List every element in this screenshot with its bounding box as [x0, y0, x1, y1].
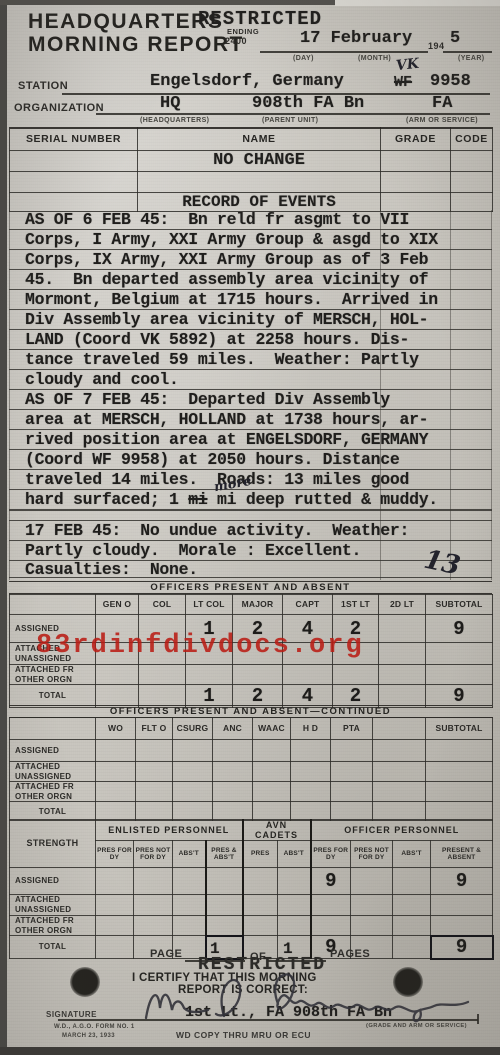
form-date: MARCH 23, 1933 [62, 1033, 115, 1039]
event-text: rived position area at ENGELSDORF, GERMA… [9, 430, 492, 450]
event-blank-separator [9, 510, 492, 521]
event-line: area at MERSCH, HOLLAND at 1738 hours, a… [9, 410, 492, 430]
strength-row-label: ATTACHED FR OTHER ORGN [10, 916, 96, 936]
event-text: Corps, IX Army, XXI Army Group as of 3 F… [9, 250, 492, 270]
strength-empty-cell [173, 916, 206, 936]
officers-cont-empty-cell [331, 762, 373, 782]
event-text: AS OF 7 FEB 45: Departed Div Assembly [9, 390, 492, 410]
strength-total-value: 9 [431, 936, 493, 959]
day-caption: (DAY) [293, 55, 314, 62]
event-line: tance traveled 59 miles. Weather: Partly [9, 350, 492, 370]
event-line: LAND (Coord VK 5892) at 2258 hours. Dis- [9, 330, 492, 350]
strength-empty-cell [278, 895, 311, 916]
ending-label: ENDING [227, 27, 259, 36]
officers-cont-empty-cell [331, 782, 373, 802]
event-line: 17 FEB 45: No undue activity. Weather: [9, 521, 492, 541]
event-line: Casualties: None. [9, 561, 492, 578]
strength-assigned-value [173, 868, 206, 895]
officers-cont-empty-cell [136, 782, 173, 802]
officers-cont-empty-cell [253, 740, 291, 762]
station-handwritten-correction: VK [395, 56, 420, 74]
strength-empty-cell [393, 895, 431, 916]
event-line: AS OF 7 FEB 45: Departed Div Assembly [9, 390, 492, 410]
officers-cont-empty-cell [173, 762, 213, 782]
roster-table: SERIAL NUMBER NAME GRADE CODE NO CHANGE … [9, 127, 493, 212]
strength-total-value [96, 936, 134, 959]
roster-blank-cell [381, 171, 451, 192]
roster-col-serial: SERIAL NUMBER [10, 128, 138, 150]
scan-edge-top [0, 0, 335, 5]
officers-empty-cell [283, 665, 333, 685]
officers-cont-col-header: ANC [213, 718, 253, 740]
page-label: PAGE [150, 948, 182, 960]
event-line: Div Assembly area vicinity of MERSCH, HO… [9, 310, 492, 330]
event-line: (Coord WF 9958) at 2050 hours. Distance [9, 450, 492, 470]
officers-empty-cell [379, 665, 426, 685]
officers-empty-cell [426, 643, 493, 665]
month-caption: (MONTH) [358, 55, 391, 62]
officers-cont-col-header: CSURG [173, 718, 213, 740]
strength-table: STRENGTH ENLISTED PERSONNEL AVN CADETS O… [9, 819, 493, 959]
strength-assigned-value [206, 868, 243, 895]
signature-handwriting [128, 962, 488, 1034]
website-watermark: 83rdinfdivdocs.org [36, 631, 364, 661]
officers-cont-empty-cell [96, 782, 136, 802]
strength-empty-cell [431, 895, 493, 916]
officers-col-header: MAJOR [233, 595, 283, 615]
officers-cont-empty-cell [426, 782, 493, 802]
roster-grade-cell [381, 150, 451, 171]
strength-row-label: ATTACHED UNASSIGNED [10, 895, 96, 916]
station-coord: 9958 [430, 72, 471, 91]
officers-col-header: 2D LT [379, 595, 426, 615]
officers-cont-empty-cell [291, 740, 331, 762]
roads-post: mi deep rutted & muddy. [207, 490, 437, 509]
officers-col-header: GEN O [96, 595, 139, 615]
event-line: cloudy and cool. [9, 370, 492, 390]
officers-cont-col-header: PTA [331, 718, 373, 740]
event-line-roads: hard surfaced; 1 mi mi deep rutted & mud… [9, 490, 492, 510]
events-title-left-cell [10, 192, 138, 211]
officers-cont-empty-cell [291, 782, 331, 802]
strength-empty-cell [96, 895, 134, 916]
officers-cont-corner-cell [10, 718, 96, 740]
roster-col-name: NAME [138, 128, 381, 150]
officers-cont-row-label: ATTACHED FR OTHER ORGN [10, 782, 96, 802]
strength-empty-cell [96, 916, 134, 936]
strength-subcol-header: PRES & ABS'T [206, 841, 243, 868]
hq-caption: (HEADQUARTERS) [140, 117, 209, 124]
event-text: tance traveled 59 miles. Weather: Partly [9, 350, 492, 370]
officers-cont-col-header: H D [291, 718, 331, 740]
year-underline [443, 51, 492, 53]
strength-subcol-header: ABS'T [278, 841, 311, 868]
scan-edge-bottom [0, 1047, 500, 1055]
organization-label: ORGANIZATION [14, 102, 104, 114]
date-underline [260, 51, 428, 53]
event-text: Mormont, Belgium at 1715 hours. Arrived … [9, 290, 492, 310]
strength-empty-cell [278, 916, 311, 936]
organization-hq: HQ [160, 94, 180, 113]
strength-empty-cell [393, 916, 431, 936]
event-text: LAND (Coord VK 5892) at 2258 hours. Dis- [9, 330, 492, 350]
year-caption: (YEAR) [458, 55, 485, 62]
event-text: Casualties: None. [9, 561, 492, 578]
officers-col-header: COL [139, 595, 186, 615]
form-title-line2: MORNING REPORT [28, 33, 244, 57]
strength-assigned-value [243, 868, 278, 895]
form-id: W.D., A.G.O. FORM NO. 1 [54, 1024, 135, 1030]
event-line: Partly cloudy. Morale : Excellent. [9, 541, 492, 561]
events-title-code-cell [451, 192, 493, 211]
officers-cont-empty-cell [96, 762, 136, 782]
events-title-grade-cell [381, 192, 451, 211]
strength-empty-cell [311, 916, 351, 936]
strength-subcol-header: PRESENT & ABSENT [431, 841, 493, 868]
strength-label: STRENGTH [10, 820, 96, 868]
roads-struck: mi [188, 490, 207, 509]
station-value: Engelsdorf, Germany [150, 72, 344, 91]
strength-subcol-header: ABS'T [173, 841, 206, 868]
record-of-events-title: RECORD OF EVENTS [138, 192, 381, 211]
strength-empty-cell [134, 916, 173, 936]
group-officer-header: OFFICER PERSONNEL [311, 820, 493, 841]
officers-cont-empty-cell [136, 740, 173, 762]
organization-parent: 908th FA Bn [252, 94, 364, 113]
officers-cont-empty-cell [331, 740, 373, 762]
officers-cont-col-header: SUBTOTAL [426, 718, 493, 740]
officers-cont-empty-cell [373, 740, 426, 762]
officers-cont-empty-cell [253, 762, 291, 782]
officers-cont-col-header: WO [96, 718, 136, 740]
officers-col-header: CAPT [283, 595, 333, 615]
officers-row-label: ATTACHED FR OTHER ORGN [10, 665, 96, 685]
punch-hole-left [70, 967, 100, 997]
ending-time: 2400 [225, 36, 247, 46]
signature-label: SIGNATURE [46, 1010, 97, 1019]
officers-cont-col-header [373, 718, 426, 740]
strength-subcol-header: PRES NOT FOR DY [134, 841, 173, 868]
officers-cont-row-label: ATTACHED UNASSIGNED [10, 762, 96, 782]
officers-empty-cell [139, 665, 186, 685]
event-line: 45. Bn departed assembly area vicinity o… [9, 270, 492, 290]
officers-cont-empty-cell [213, 782, 253, 802]
officers-assigned-value [379, 615, 426, 643]
officers-cont-empty-cell [213, 762, 253, 782]
roster-col-grade: GRADE [381, 128, 451, 150]
officers-cont-empty-cell [173, 782, 213, 802]
strength-subcol-header: PRES NOT FOR DY [351, 841, 393, 868]
strength-assigned-value [96, 868, 134, 895]
report-date: 17 February [300, 29, 412, 48]
strength-subcol-header: ABS'T [393, 841, 431, 868]
year-typed: 5 [450, 29, 460, 48]
roster-serial-cell [10, 150, 138, 171]
officers-cont-empty-cell [426, 762, 493, 782]
morning-report-scan: HEADQUARTERS MORNING REPORT RESTRICTED E… [0, 0, 500, 1055]
roads-pre: hard surfaced; 1 [25, 490, 188, 509]
strength-empty-cell [351, 916, 393, 936]
officers-cont-empty-cell [426, 740, 493, 762]
organization-underline [96, 113, 490, 115]
pages-label: PAGES [330, 948, 370, 960]
strength-assigned-value [351, 868, 393, 895]
group-enlisted-header: ENLISTED PERSONNEL [96, 820, 243, 841]
strength-row-label: TOTAL [10, 936, 96, 959]
year-prefix: 194 [428, 41, 445, 51]
event-text: 45. Bn departed assembly area vicinity o… [9, 270, 492, 290]
strength-empty-cell [243, 916, 278, 936]
officers-cont-empty-cell [373, 762, 426, 782]
officers-col-header: SUBTOTAL [426, 595, 493, 615]
officers-corner-cell [10, 595, 96, 615]
strength-assigned-value [134, 868, 173, 895]
station-label: STATION [18, 80, 68, 92]
officers-empty-cell [233, 665, 283, 685]
officers-cont-col-header: WAAC [253, 718, 291, 740]
station-struck-coord: WF [394, 74, 412, 91]
event-text: Corps, I Army, XXI Army Group & asgd to … [9, 230, 492, 250]
strength-assigned-value [393, 868, 431, 895]
officers-cont-empty-cell [253, 782, 291, 802]
roster-blank-cell [10, 171, 138, 192]
event-text: AS OF 6 FEB 45: Bn reld fr asgmt to VII [9, 210, 492, 230]
officers-empty-cell [379, 643, 426, 665]
event-line: Corps, I Army, XXI Army Group & asgd to … [9, 230, 492, 250]
form-title-line1: HEADQUARTERS [28, 10, 223, 34]
strength-empty-cell [206, 895, 243, 916]
event-text: hard surfaced; 1 mi mi deep rutted & mud… [9, 490, 492, 510]
officers-table-title: OFFICERS PRESENT AND ABSENT [9, 581, 492, 594]
officers-cont-empty-cell [96, 740, 136, 762]
strength-assigned-value: 9 [431, 868, 493, 895]
strength-empty-cell [134, 895, 173, 916]
roster-blank-cell [451, 171, 493, 192]
officers-empty-cell [426, 665, 493, 685]
officers-cont-col-header: FLT O [136, 718, 173, 740]
officers-cont-row-label: ASSIGNED [10, 740, 96, 762]
event-text: Div Assembly area vicinity of MERSCH, HO… [9, 310, 492, 330]
officers-cont-empty-cell [173, 740, 213, 762]
officers-cont-empty-cell [373, 782, 426, 802]
parent-caption: (PARENT UNIT) [262, 117, 318, 124]
strength-subcol-header: PRES [243, 841, 278, 868]
officers-cont-empty-cell [136, 762, 173, 782]
scan-edge-left [0, 0, 7, 1055]
strength-row-label: ASSIGNED [10, 868, 96, 895]
officers-cont-empty-cell [213, 740, 253, 762]
organization-arm: FA [432, 94, 452, 113]
roster-code-cell [451, 150, 493, 171]
scan-edge-top-right [335, 0, 500, 6]
strength-empty-cell [431, 916, 493, 936]
officers-col-header: LT COL [186, 595, 233, 615]
officers-empty-cell [333, 665, 379, 685]
event-text: (Coord WF 9958) at 2050 hours. Distance [9, 450, 492, 470]
event-line: AS OF 6 FEB 45: Bn reld fr asgmt to VII [9, 210, 492, 230]
strength-subcol-header: PRES FOR DY [96, 841, 134, 868]
strength-empty-cell [311, 895, 351, 916]
restricted-stamp-top: RESTRICTED [198, 8, 322, 30]
event-text: cloudy and cool. [9, 370, 492, 390]
strength-assigned-value: 9 [311, 868, 351, 895]
strength-assigned-value [278, 868, 311, 895]
roster-blank-cell [138, 171, 381, 192]
officers-cont-empty-cell [291, 762, 331, 782]
strength-empty-cell [173, 895, 206, 916]
officers-assigned-value: 9 [426, 615, 493, 643]
arm-caption: (ARM OR SERVICE) [406, 117, 478, 124]
roster-col-code: CODE [451, 128, 493, 150]
strength-subcol-header: PRES FOR DY [311, 841, 351, 868]
event-text: Partly cloudy. Morale : Excellent. [9, 541, 492, 561]
event-line: rived position area at ENGELSDORF, GERMA… [9, 430, 492, 450]
event-text: area at MERSCH, HOLLAND at 1738 hours, a… [9, 410, 492, 430]
officers-empty-cell [186, 665, 233, 685]
roster-no-change: NO CHANGE [138, 150, 381, 171]
strength-total-value [393, 936, 431, 959]
event-text: 17 FEB 45: No undue activity. Weather: [9, 521, 492, 541]
strength-empty-cell [206, 916, 243, 936]
strength-empty-cell [351, 895, 393, 916]
group-avn-header: AVN CADETS [243, 820, 311, 841]
event-line: Mormont, Belgium at 1715 hours. Arrived … [9, 290, 492, 310]
officers-empty-cell [96, 665, 139, 685]
strength-empty-cell [243, 895, 278, 916]
officers-continued-table: WO FLT O CSURG ANC WAAC H D PTA SUBTOTAL… [9, 717, 493, 821]
officers-col-header: 1ST LT [333, 595, 379, 615]
event-line: Corps, IX Army, XXI Army Group as of 3 F… [9, 250, 492, 270]
